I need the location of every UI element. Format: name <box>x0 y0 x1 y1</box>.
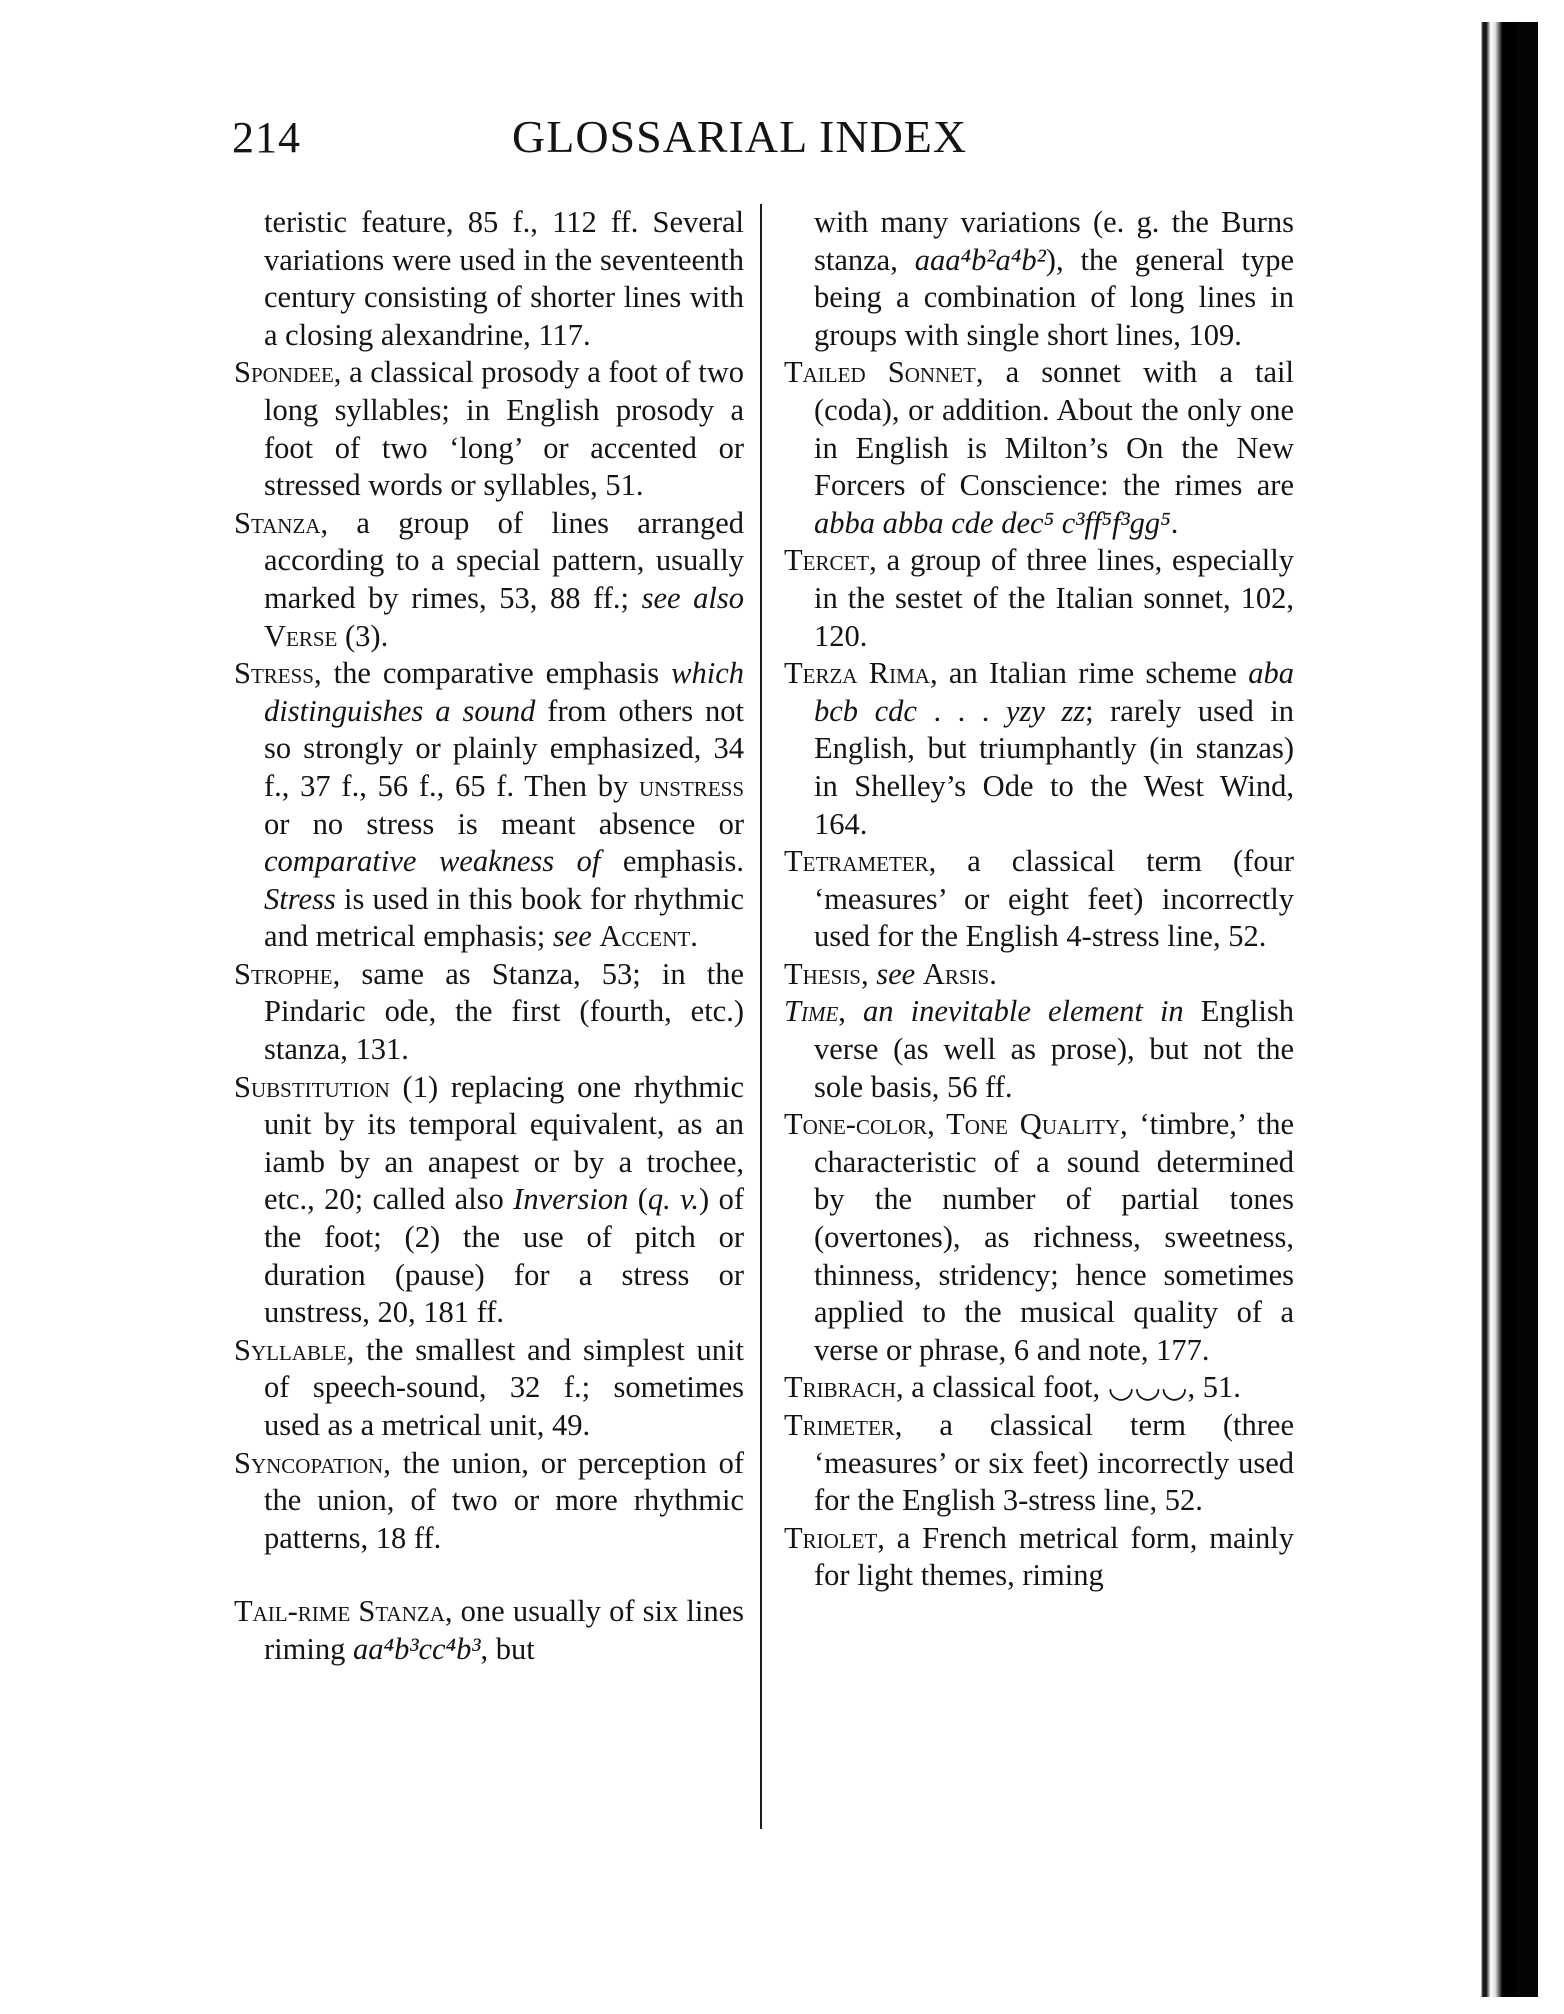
definition-italic: q. v. <box>648 1182 699 1216</box>
definition-italic: an inevitable element in <box>863 994 1184 1028</box>
definition: , <box>861 957 876 991</box>
cross-reference: Accent <box>599 919 690 953</box>
index-entry-spondee: Spondee, a classical prosody a foot of t… <box>234 354 744 504</box>
index-entry-triolet: Triolet, a French metrical form, mainly … <box>784 1520 1294 1595</box>
headword: Strophe <box>234 957 333 991</box>
index-entry-tribrach: Tribrach, a classical foot, ◡◡◡, 51. <box>784 1369 1294 1407</box>
headword: Tailed Sonnet <box>784 355 976 389</box>
index-entry-syncopation: Syncopation, the union, or perception of… <box>234 1445 744 1558</box>
rime-scheme: aa⁴b³cc⁴b³ <box>353 1632 481 1666</box>
headword: Syncopation <box>234 1446 383 1480</box>
definition: , a classical prosody a foot of two long… <box>264 355 744 502</box>
definition-italic: comparative weakness of <box>264 844 600 878</box>
definition: , ‘timbre,’ the characteristic of a soun… <box>814 1107 1294 1367</box>
headword: Trimeter <box>784 1408 895 1442</box>
page-number: 214 <box>232 112 301 163</box>
index-entry-stanza: Stanza, a group of lines arranged accord… <box>234 505 744 655</box>
index-entry-tone-color: Tone-color, Tone Quality, ‘timbre,’ the … <box>784 1106 1294 1369</box>
continued-entry: teristic feature, 85 f., 112 ff. Several… <box>234 204 744 354</box>
rime-scheme: yzy zz <box>1006 694 1085 728</box>
headword: Syllable <box>234 1333 347 1367</box>
index-entry-time: Time, an inevitable element in English v… <box>784 993 1294 1106</box>
term-unstress: unstress <box>639 769 744 803</box>
see-also: see also <box>642 581 744 615</box>
index-entry-tailed-sonnet: Tailed Sonnet, a sonnet with a tail (cod… <box>784 354 1294 542</box>
definition: . <box>690 919 698 953</box>
headword: Triolet <box>784 1521 877 1555</box>
headword: Thesis <box>784 957 861 991</box>
page-binding-edge <box>1516 22 1538 1997</box>
index-entry-stress: Stress, the comparative emphasis which d… <box>234 655 744 956</box>
index-entry-terza-rima: Terza Rima, an Italian rime scheme aba b… <box>784 655 1294 843</box>
right-column: with many variations (e. g. the Burns st… <box>784 204 1294 1595</box>
index-entry-strophe: Strophe, same as Stanza, 53; in the Pind… <box>234 956 744 1069</box>
rime-scheme: aaa⁴b²a⁴b² <box>915 243 1046 277</box>
definition: , but <box>481 1632 535 1666</box>
definition: , same as Stanza, 53; in the Pindaric od… <box>264 957 744 1066</box>
index-entry-substitution: Substitution (1) replacing one rhythmic … <box>234 1069 744 1332</box>
cross-reference: Verse <box>264 619 337 653</box>
index-entry-tercet: Tercet, a group of three lines, especial… <box>784 542 1294 655</box>
definition-italic: Stress <box>264 882 336 916</box>
see: see <box>553 919 592 953</box>
definition: or no stress is meant absence or <box>264 807 744 841</box>
index-entry-trimeter: Trimeter, a classical term (three ‘measu… <box>784 1407 1294 1520</box>
headword: Spondee <box>234 355 334 389</box>
column-divider <box>760 204 762 1829</box>
headword: Tribrach <box>784 1370 896 1404</box>
definition: , a French metrical form, mainly for lig… <box>814 1521 1294 1593</box>
headword: Stress <box>234 656 314 690</box>
section-gap <box>234 1557 744 1593</box>
headword: Time <box>784 994 838 1028</box>
definition: (3). <box>337 619 388 653</box>
definition: , a group of three lines, especially in … <box>814 543 1294 652</box>
index-entry-tetrameter: Tetrameter, a classical term (four ‘meas… <box>784 843 1294 956</box>
definition: emphasis. <box>600 844 744 878</box>
left-column: teristic feature, 85 f., 112 ff. Several… <box>234 204 744 1669</box>
headword: Tetrameter <box>784 844 929 878</box>
headword: Substitution <box>234 1070 390 1104</box>
index-entry-thesis: Thesis, see Arsis. <box>784 956 1294 994</box>
definition: , a classical foot, ◡◡◡, 51. <box>896 1370 1241 1404</box>
definition: . <box>1171 506 1179 540</box>
headword: Tone-color, Tone Quality <box>784 1107 1120 1141</box>
definition: , the comparative emphasis <box>314 656 671 690</box>
definition: ( <box>628 1182 648 1216</box>
definition: , an Italian rime scheme <box>930 656 1248 690</box>
definition-italic: Inversion <box>513 1182 628 1216</box>
cross-reference: Arsis <box>923 957 989 991</box>
index-entry-syllable: Syllable, the smallest and simplest unit… <box>234 1332 744 1445</box>
definition: . <box>989 957 997 991</box>
continued-entry: with many variations (e. g. the Burns st… <box>784 204 1294 354</box>
headword: Stanza <box>234 506 320 540</box>
headword: Tercet <box>784 543 869 577</box>
headword: Tail-rime Stanza <box>234 1594 445 1628</box>
ellipsis: . . . <box>917 694 1006 728</box>
headword: Terza Rima <box>784 656 930 690</box>
running-title: GLOSSARIAL INDEX <box>512 110 967 163</box>
index-entry-tail-rime-stanza: Tail-rime Stanza, one usually of six lin… <box>234 1593 744 1668</box>
definition: , <box>838 994 863 1028</box>
see: see <box>876 957 915 991</box>
rime-scheme: abba abba cde dec⁵ c³ff⁵f³gg⁵ <box>814 506 1171 540</box>
